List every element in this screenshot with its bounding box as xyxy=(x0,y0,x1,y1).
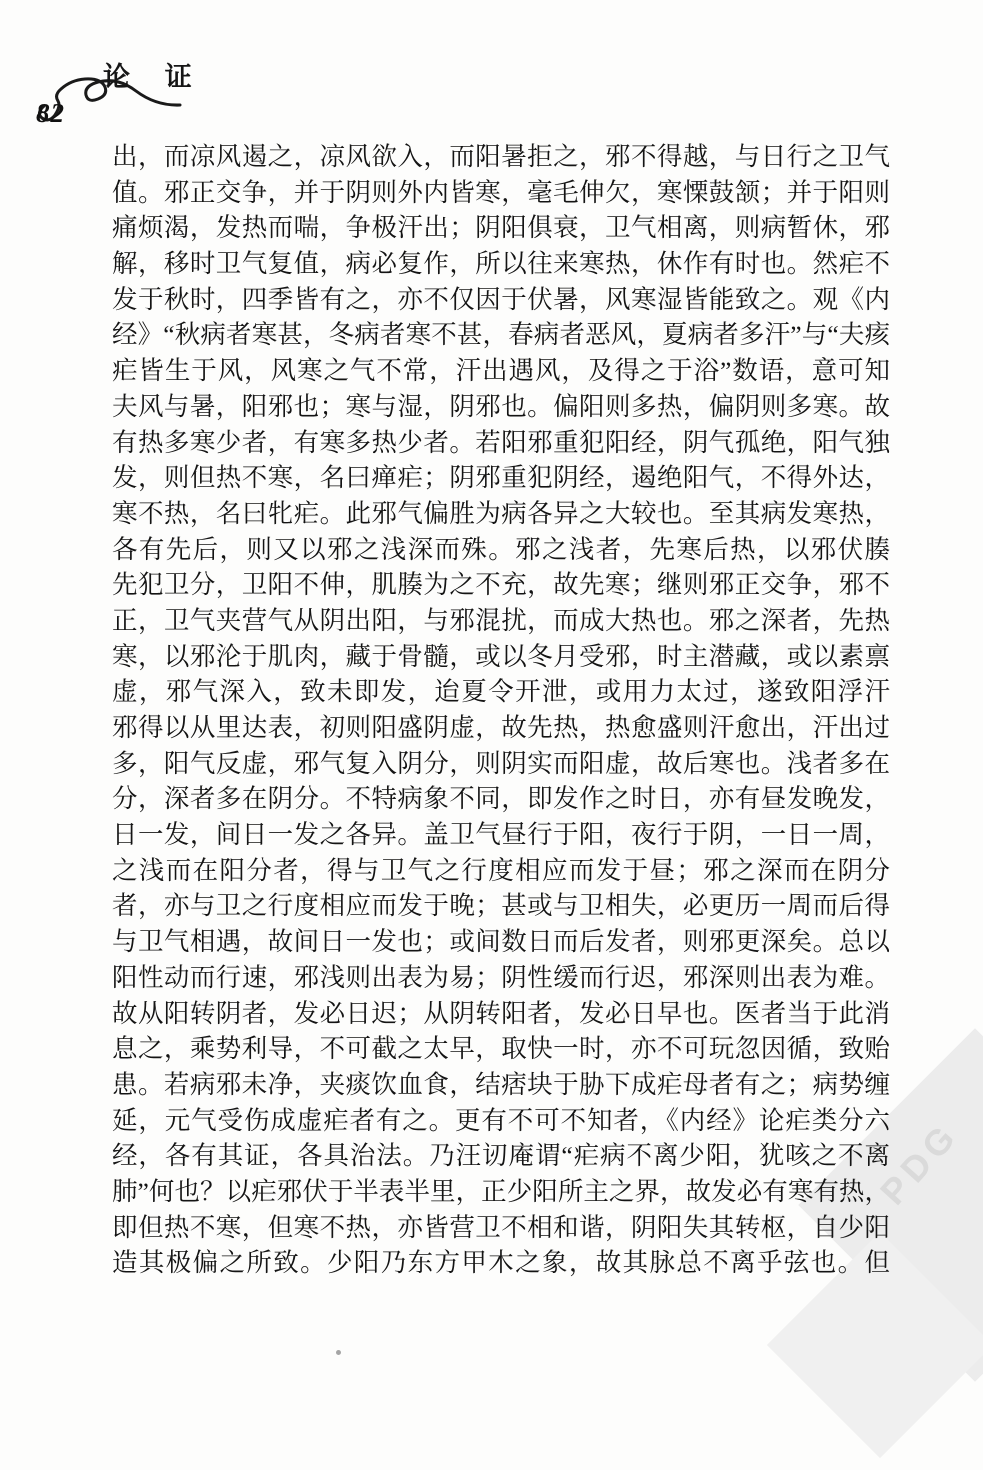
text-line-1: 出，而凉风遏之，凉风欲入，而阳暑拒之，邪不得越，与日行之卫气相 xyxy=(112,139,890,175)
text-line-19: 分，深者多在阴分。不特病象不同，即发作之时日，亦有昼发晚发，一 xyxy=(112,781,890,817)
page-header: 82 论 证 xyxy=(0,0,983,140)
text-line-28: 延，元气受伤成虚疟者有之。更有不可不知者，《内经》论疟类分六 xyxy=(112,1103,890,1139)
text-line-3: 痛烦渴，发热而喘，争极汗出；阴阳俱衰，卫气相离，则病暂休，邪尚未 xyxy=(112,210,890,246)
text-line-15: 寒，以邪沦于肌肉，藏于骨髓，或以冬月受邪，时主潜藏，或以素禀阳 xyxy=(112,639,890,675)
text-line-10: 发，则但热不寒，名曰瘅疟；阴邪重犯阴经，遏绝阳气，不得外达，则但 xyxy=(112,460,890,496)
scan-speck xyxy=(336,1350,341,1355)
text-line-31: 即但热不寒，但寒不热，亦皆营卫不相和谐，阴阳失其转枢，自少阳而 xyxy=(112,1210,890,1246)
text-line-32: 造其极偏之所致。少阳乃东方甲木之象，故其脉总不离乎弦也。但 xyxy=(112,1245,890,1281)
text-line-17: 邪得以从里达表，初则阳盛阴虚，故先热，热愈盛则汗愈出，汗出过 xyxy=(112,710,890,746)
text-line-18: 多，阳气反虚，邪气复入阴分，则阴实而阳虚，故后寒也。浅者多在阳 xyxy=(112,746,890,782)
text-lines: 出，而凉风遏之，凉风欲入，而阳暑拒之，邪不得越，与日行之卫气相值。邪正交争，并于… xyxy=(112,139,890,1281)
text-line-6: 经》“秋病者寒甚，冬病者寒不甚，春病者恶风，夏病者多汗”与“夫痎 xyxy=(112,317,890,353)
text-line-11: 寒不热，名曰牝疟。此邪气偏胜为病各异之大较也。至其病发寒热， xyxy=(112,496,890,532)
text-line-21: 之浅而在阳分者，得与卫气之行度相应而发于昼；邪之深而在阴分 xyxy=(112,853,890,889)
text-line-12: 各有先后，则又以邪之浅深而殊。邪之浅者，先寒后热，以邪伏腠理， xyxy=(112,532,890,568)
text-line-26: 息之，乘势利导，不可截之太早，取快一时，亦不可玩忽因循，致贻后 xyxy=(112,1031,890,1067)
text-line-24: 阳性动而行速，邪浅则出表为易；阴性缓而行迟，邪深则出表为难。 xyxy=(112,960,890,996)
text-line-27: 患。若病邪未净，夹痰饮血食，结痞块于胁下成疟母者有之；病势缠 xyxy=(112,1067,890,1103)
text-line-22: 者，亦与卫之行度相应而发于晚；甚或与卫相失，必更历一周而后得 xyxy=(112,888,890,924)
text-line-2: 值。邪正交争，并于阴则外内皆寒，毫毛伸欠，寒慄鼓颔；并于阳则头 xyxy=(112,175,890,211)
scanned-book-page: PDG 82 论 证 出，而凉风遏之，凉风欲入，而阳暑拒之，邪不得越，与日行之卫… xyxy=(0,0,983,1470)
text-line-14: 正，卫气夹营气从阴出阳，与邪混扰，而成大热也。邪之深者，先热后 xyxy=(112,603,890,639)
text-line-16: 虚，邪气深入，致未即发，迨夏令开泄，或用力太过，遂致阳浮汗出，伏 xyxy=(112,674,890,710)
page-number: 82 xyxy=(36,98,65,129)
text-line-20: 日一发，间日一发之各异。盖卫气昼行于阳，夜行于阴，一日一周，邪 xyxy=(112,817,890,853)
text-line-23: 与卫气相遇，故间日一发也；或间数日而后发者，则邪更深矣。总以 xyxy=(112,924,890,960)
text-line-13: 先犯卫分，卫阳不伸，肌腠为之不充，故先寒；继则邪正交争，邪不胜 xyxy=(112,567,890,603)
text-line-8: 夫风与暑，阳邪也；寒与湿，阴邪也。偏阳则多热，偏阴则多寒。故疟 xyxy=(112,389,890,425)
text-line-30: 肺”何也？以疟邪伏于半表半里，正少阳所主之界，故发必有寒有热， xyxy=(112,1174,890,1210)
text-line-4: 解，移时卫气复值，病必复作，所以往来寒热，休作有时也。然疟不仅 xyxy=(112,246,890,282)
text-line-9: 有热多寒少者，有寒多热少者。若阳邪重犯阳经，阴气孤绝，阳气独 xyxy=(112,425,890,461)
page-title: 论 证 xyxy=(103,55,192,94)
text-line-5: 发于秋时，四季皆有之，亦不仅因于伏暑，风寒湿皆能致之。观《内 xyxy=(112,282,890,318)
text-line-29: 经，各有其证，各具治法。乃汪讱庵谓“疟病不离少阳，犹咳之不离 xyxy=(112,1138,890,1174)
text-line-7: 疟皆生于风，风寒之气不常，汗出遇风，及得之于浴”数语，意可知矣。 xyxy=(112,353,890,389)
text-line-25: 故从阳转阴者，发必日迟；从阴转阳者，发必日早也。医者当于此消 xyxy=(112,996,890,1032)
